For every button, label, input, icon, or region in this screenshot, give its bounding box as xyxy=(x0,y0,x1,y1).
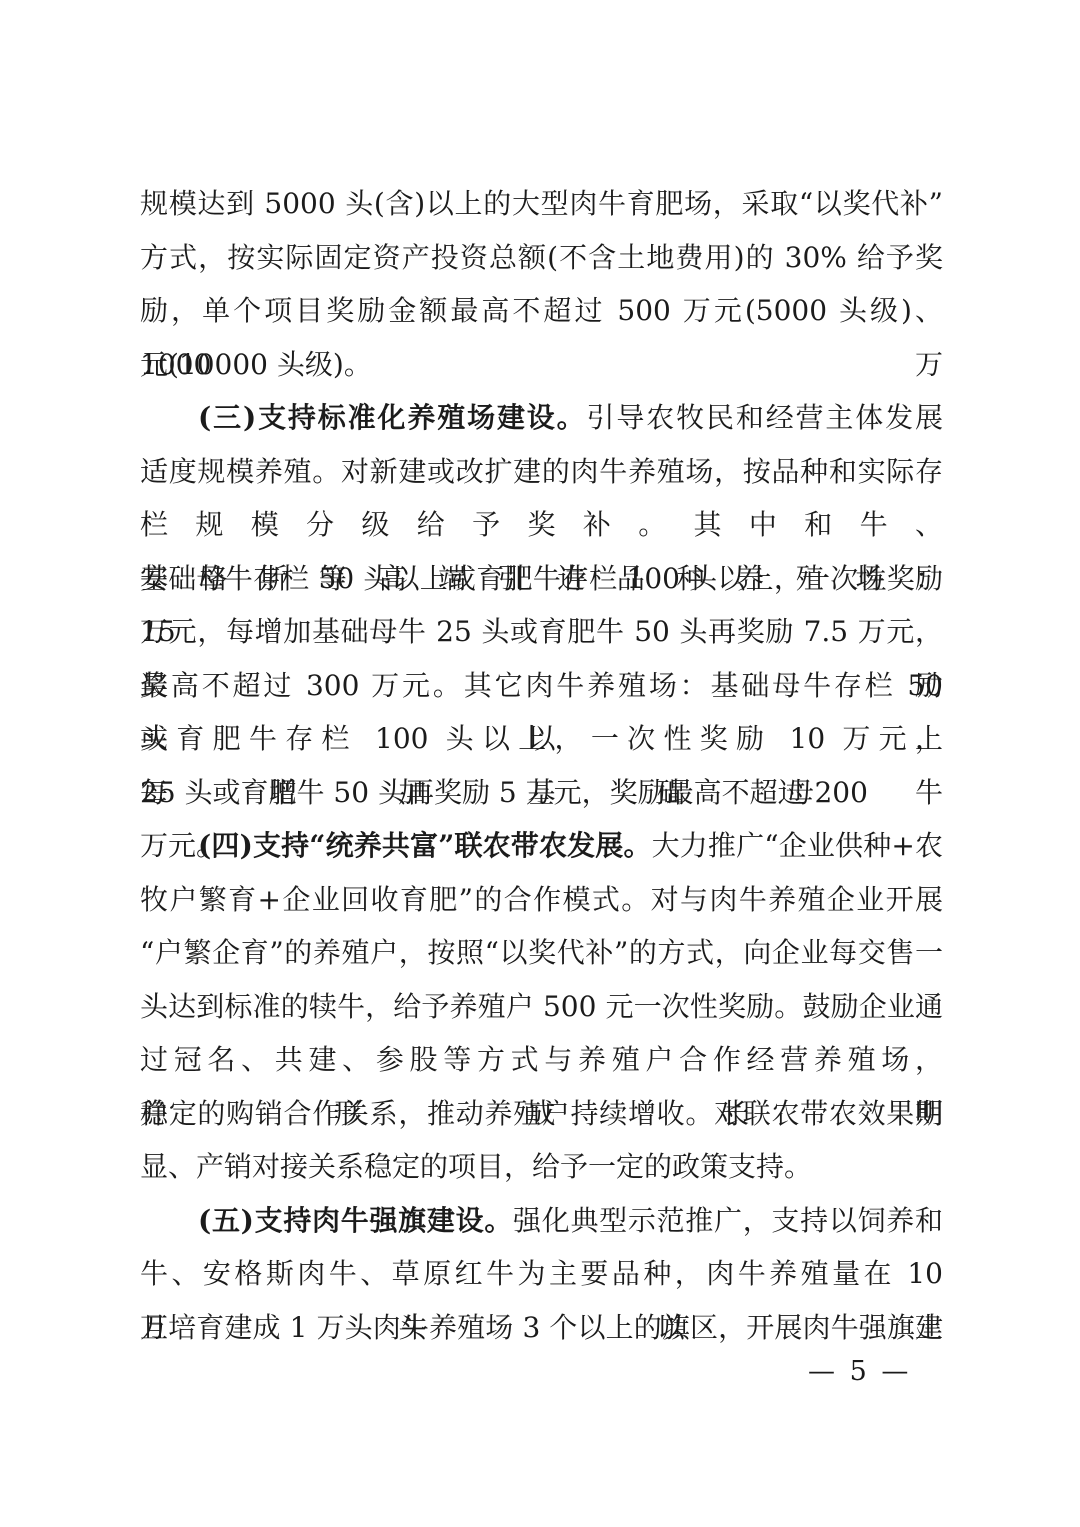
text-line: “户繁企育”的养殖户，按照“以奖代补”的方式，向企业每交售一 xyxy=(140,926,943,980)
text-line: 显、产销对接关系稳定的项目，给予一定的政策支持。 xyxy=(140,1140,943,1194)
text-line: 方式，按实际固定资产投资总额(不含土地费用)的 30% 给予奖 xyxy=(140,231,943,285)
text-line: 稳定的购销合作关系，推动养殖户持续增收。对联农带农效果明 xyxy=(140,1087,943,1141)
body-text: 方式，按实际固定资产投资总额(不含土地费用)的 30% 给予奖 xyxy=(140,241,943,274)
body-text: 显、产销对接关系稳定的项目，给予一定的政策支持。 xyxy=(140,1150,812,1183)
body-text: 元(10000 头级)。 xyxy=(140,348,372,381)
text-line: (五)支持肉牛强旗建设。强化典型示范推广，支持以饲养和 xyxy=(140,1194,943,1248)
text-line: (四)支持“统养共富”联农带农发展。大力推广“企业供种+农 xyxy=(140,819,943,873)
body-text: 头达到标准的犊牛，给予养殖户 500 元一次性奖励。鼓励企业通 xyxy=(140,990,943,1023)
document-page: 规模达到 5000 头(含)以上的大型肉牛育肥场，采取“以奖代补” 方式，按实际… xyxy=(140,177,943,1354)
text-line: 牧户繁育+企业回收育肥”的合作模式。对与肉牛养殖企业开展 xyxy=(140,873,943,927)
page-number: — 5 — xyxy=(808,1352,911,1392)
text-line: 牛、安格斯肉牛、草原红牛为主要品种，肉牛养殖量在 10 万头以上 xyxy=(140,1247,943,1301)
body-text: 牧户繁育+企业回收育肥”的合作模式。对与肉牛养殖企业开展 xyxy=(140,883,943,916)
section-heading: (四)支持“统养共富”联农带农发展。 xyxy=(198,829,652,862)
body-text: 大力推广“企业供种+农 xyxy=(652,829,943,862)
text-line: 过冠名、共建、参股等方式与养殖户合作经营养殖场，并形成长期 xyxy=(140,1033,943,1087)
text-line: 基础母牛存栏 50 头以上或育肥牛存栏 100 头以上，一次性奖励 15 xyxy=(140,552,943,606)
text-line: 最高不超过 300 万元。其它肉牛养殖场：基础母牛存栏 50 头以上 xyxy=(140,659,943,713)
body-text: 且培育建成 1 万头肉牛养殖场 3 个以上的旗区，开展肉牛强旗建 xyxy=(140,1311,943,1344)
text-line: 或育肥牛存栏 100 头以上，一次性奖励 10 万元，每增加基础母牛 xyxy=(140,712,943,766)
body-text: “户繁企育”的养殖户，按照“以奖代补”的方式，向企业每交售一 xyxy=(140,936,943,969)
body-text: 规模达到 5000 头(含)以上的大型肉牛育肥场，采取“以奖代补” xyxy=(140,187,943,220)
text-line: 且培育建成 1 万头肉牛养殖场 3 个以上的旗区，开展肉牛强旗建 xyxy=(140,1301,943,1355)
body-text: 稳定的购销合作关系，推动养殖户持续增收。对联农带农效果明 xyxy=(140,1097,943,1130)
text-line: 栏规模分级给予奖补。其中和牛、安格斯等高端引进品种养殖场： xyxy=(140,498,943,552)
text-line: 规模达到 5000 头(含)以上的大型肉牛育肥场，采取“以奖代补” xyxy=(140,177,943,231)
body-text: 适度规模养殖。对新建或改扩建的肉牛养殖场，按品种和实际存 xyxy=(140,455,943,488)
text-line: 适度规模养殖。对新建或改扩建的肉牛养殖场，按品种和实际存 xyxy=(140,445,943,499)
section-heading: (三)支持标准化养殖场建设。 xyxy=(198,401,587,434)
body-text: 强化典型示范推广，支持以饲养和 xyxy=(513,1204,943,1237)
text-line: 励，单个项目奖励金额最高不超过 500 万元(5000 头级)、1000 万 xyxy=(140,284,943,338)
section-heading: (五)支持肉牛强旗建设。 xyxy=(198,1204,513,1237)
text-line: 头达到标准的犊牛，给予养殖户 500 元一次性奖励。鼓励企业通 xyxy=(140,980,943,1034)
text-line: (三)支持标准化养殖场建设。引导农牧民和经营主体发展 xyxy=(140,391,943,445)
body-text: 引导农牧民和经营主体发展 xyxy=(587,401,943,434)
text-line: 万元，每增加基础母牛 25 头或育肥牛 50 头再奖励 7.5 万元，奖励 xyxy=(140,605,943,659)
text-line: 25 头或育肥牛 50 头再奖励 5 万元，奖励最高不超过 200 万元。 xyxy=(140,766,943,820)
